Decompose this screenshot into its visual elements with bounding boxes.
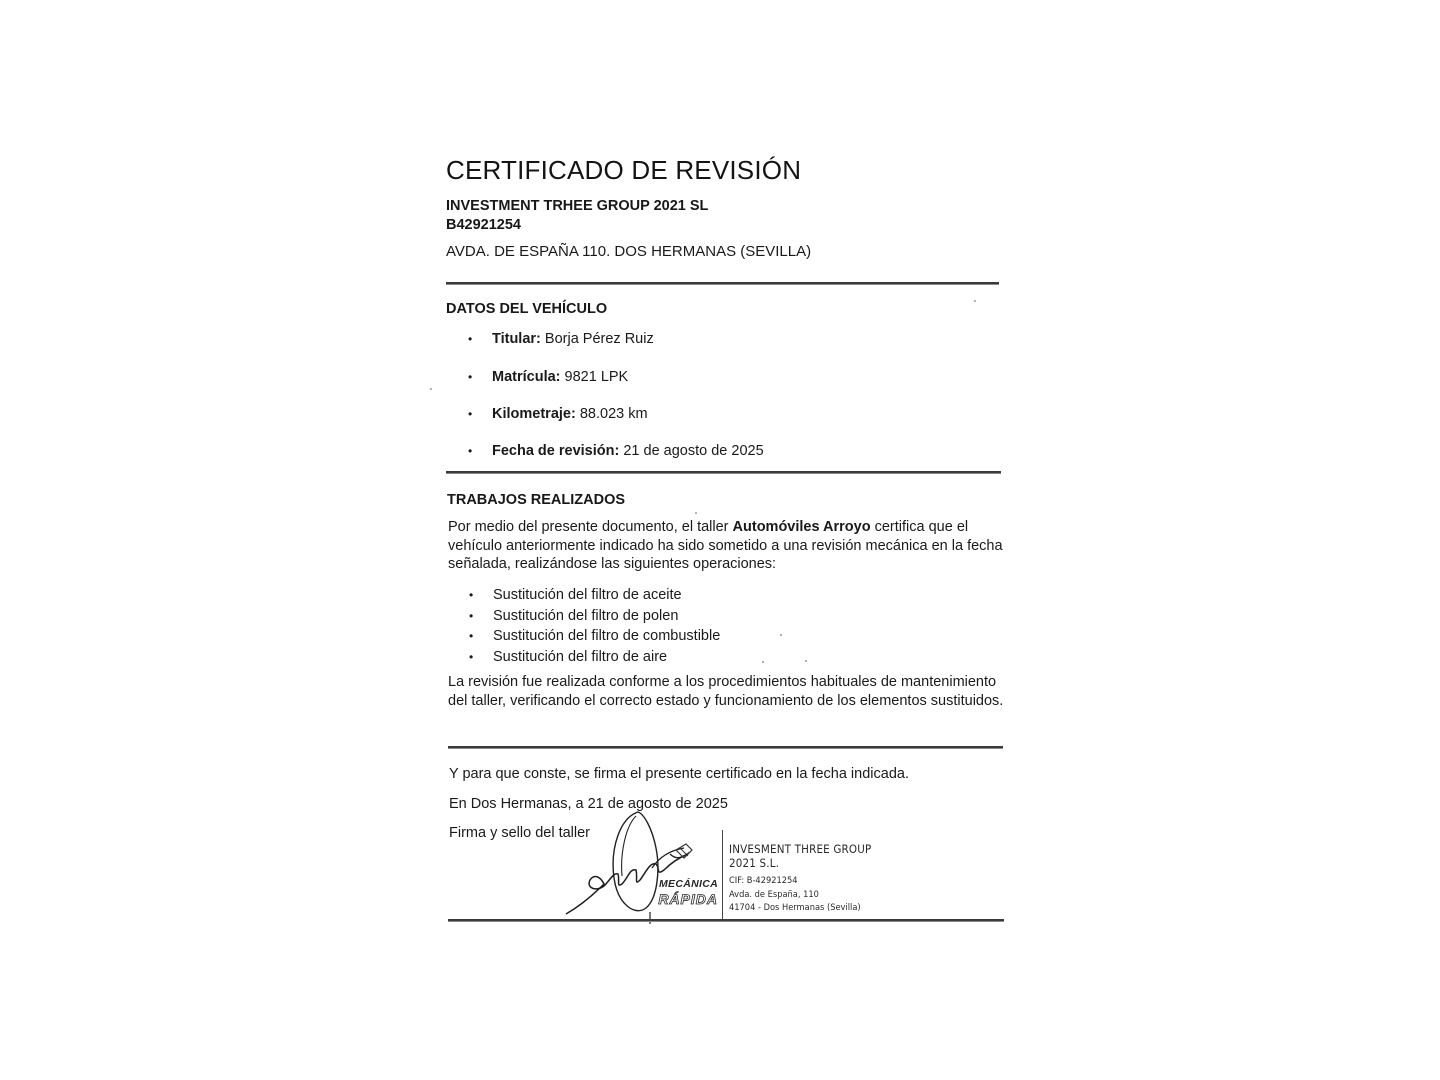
bullet-icon: •	[468, 444, 492, 458]
field-value: Borja Pérez Ruiz	[545, 331, 654, 347]
workshop-stamp: MECÁNICA RÁPIDA INVESMENT THREE GROUP 20…	[560, 808, 890, 924]
bullet-icon: •	[469, 585, 493, 606]
stamp-company-name: INVESMENT THREE GROUP 2021 S.L.	[729, 842, 871, 870]
work-section-heading: TRABAJOS REALIZADOS	[447, 492, 625, 508]
intro-text: Por medio del presente documento, el tal…	[448, 519, 733, 535]
bullet-icon: •	[469, 626, 493, 647]
divider	[446, 471, 1001, 474]
field-label: Matrícula:	[492, 369, 561, 385]
closing-statement: Y para que conste, se firma el presente …	[449, 766, 909, 782]
operation-text: Sustitución del filtro de polen	[493, 608, 678, 624]
bullet-icon: •	[468, 332, 492, 346]
conclusion-paragraph: La revisión fue realizada conforme a los…	[448, 673, 1008, 710]
divider	[448, 919, 1004, 922]
operations-list: •Sustitución del filtro de aceite •Susti…	[469, 585, 720, 667]
stamp-address-line1: Avda. de España, 110	[729, 889, 875, 903]
document-title: CERTIFICADO DE REVISIÓN	[446, 155, 801, 186]
bullet-icon: •	[468, 370, 492, 384]
stamp-divider	[722, 830, 723, 922]
field-matricula: •Matrícula: 9821 LPK	[468, 369, 628, 385]
operation-text: Sustitución del filtro de aceite	[493, 587, 682, 603]
field-value: 88.023 km	[580, 406, 648, 422]
field-value: 9821 LPK	[565, 369, 629, 385]
stamp-company-info: INVESMENT THREE GROUP 2021 S.L. CIF: B-4…	[729, 842, 887, 916]
company-cif: B42921254	[446, 217, 521, 233]
stamp-logo: MECÁNICA RÁPIDA	[656, 878, 718, 909]
list-item: •Sustitución del filtro de combustible	[469, 626, 720, 647]
divider	[448, 746, 1003, 749]
company-address: AVDA. DE ESPAÑA 110. DOS HERMANAS (SEVIL…	[446, 243, 811, 260]
stamp-company-line1: INVESMENT THREE GROUP	[729, 842, 871, 856]
field-value: 21 de agosto de 2025	[623, 443, 763, 459]
stamp-logo-line1: MECÁNICA	[656, 878, 718, 891]
stamp-details: CIF: B-42921254 Avda. de España, 110 417…	[729, 875, 875, 916]
list-item: •Sustitución del filtro de aire	[469, 647, 720, 668]
operation-text: Sustitución del filtro de combustible	[493, 628, 720, 644]
field-label: Titular:	[492, 331, 541, 347]
work-intro-paragraph: Por medio del presente documento, el tal…	[448, 518, 1008, 574]
workshop-name: Automóviles Arroyo	[733, 519, 871, 535]
list-item: •Sustitución del filtro de polen	[469, 606, 720, 627]
field-label: Fecha de revisión:	[492, 443, 619, 459]
stamp-address-line2: 41704 - Dos Hermanas (Sevilla)	[729, 902, 875, 916]
stamp-company-line2: 2021 S.L.	[729, 856, 871, 870]
stamp-cif: CIF: B-42921254	[729, 875, 875, 889]
list-item: •Sustitución del filtro de aceite	[469, 585, 720, 606]
field-label: Kilometraje:	[492, 406, 576, 422]
bullet-icon: •	[469, 606, 493, 627]
bullet-icon: •	[468, 407, 492, 421]
operation-text: Sustitución del filtro de aire	[493, 649, 667, 665]
field-titular: •Titular: Borja Pérez Ruiz	[468, 331, 654, 347]
company-name: INVESTMENT TRHEE GROUP 2021 SL	[446, 198, 708, 214]
bullet-icon: •	[469, 647, 493, 668]
field-kilometraje: •Kilometraje: 88.023 km	[468, 406, 648, 422]
vehicle-section-heading: DATOS DEL VEHÍCULO	[446, 301, 607, 317]
stamp-logo-line2: RÁPIDA	[656, 891, 718, 909]
field-fecha-revision: •Fecha de revisión: 21 de agosto de 2025	[468, 443, 764, 459]
divider	[446, 282, 999, 285]
